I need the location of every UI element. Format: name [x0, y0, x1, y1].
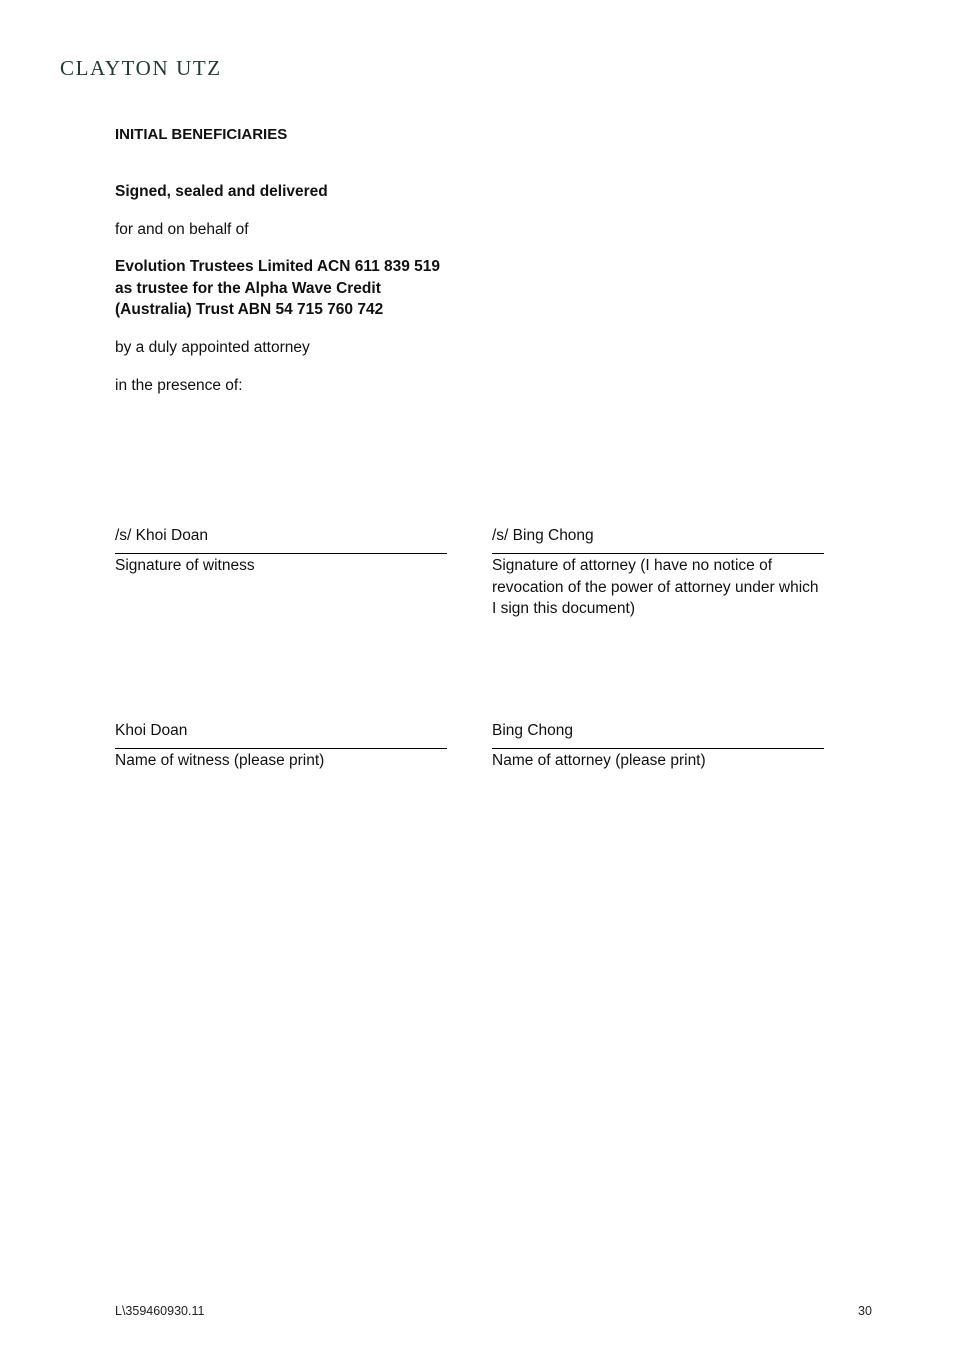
signed-sealed-line: Signed, sealed and delivered	[115, 181, 328, 203]
name-line	[115, 748, 447, 749]
witness-signature-block: /s/ Khoi Doan Signature of witness	[115, 525, 447, 577]
section-title: INITIAL BENEFICIARIES	[115, 126, 287, 143]
attorney-signature-value: /s/ Bing Chong	[492, 525, 824, 547]
signature-line	[492, 553, 824, 554]
signature-line	[115, 553, 447, 554]
witness-signature-label: Signature of witness	[115, 555, 447, 577]
witness-signature-value: /s/ Khoi Doan	[115, 525, 447, 547]
witness-name-value: Khoi Doan	[115, 720, 447, 742]
attorney-signature-block: /s/ Bing Chong Signature of attorney (I …	[492, 525, 824, 620]
attorney-name-label: Name of attorney (please print)	[492, 750, 824, 772]
attorney-signature-label: Signature of attorney (I have no notice …	[492, 555, 824, 620]
page-number: 30	[858, 1304, 872, 1318]
name-line	[492, 748, 824, 749]
firm-logo: CLAYTON UTZ	[60, 56, 222, 81]
witness-name-label: Name of witness (please print)	[115, 750, 447, 772]
attorney-name-value: Bing Chong	[492, 720, 824, 742]
presence-line: in the presence of:	[115, 375, 243, 397]
entity-name: Evolution Trustees Limited ACN 611 839 5…	[115, 256, 445, 321]
attorney-line: by a duly appointed attorney	[115, 337, 310, 359]
document-reference: L\359460930.11	[115, 1304, 204, 1318]
on-behalf-line: for and on behalf of	[115, 219, 249, 241]
attorney-name-block: Bing Chong Name of attorney (please prin…	[492, 720, 824, 772]
witness-name-block: Khoi Doan Name of witness (please print)	[115, 720, 447, 772]
